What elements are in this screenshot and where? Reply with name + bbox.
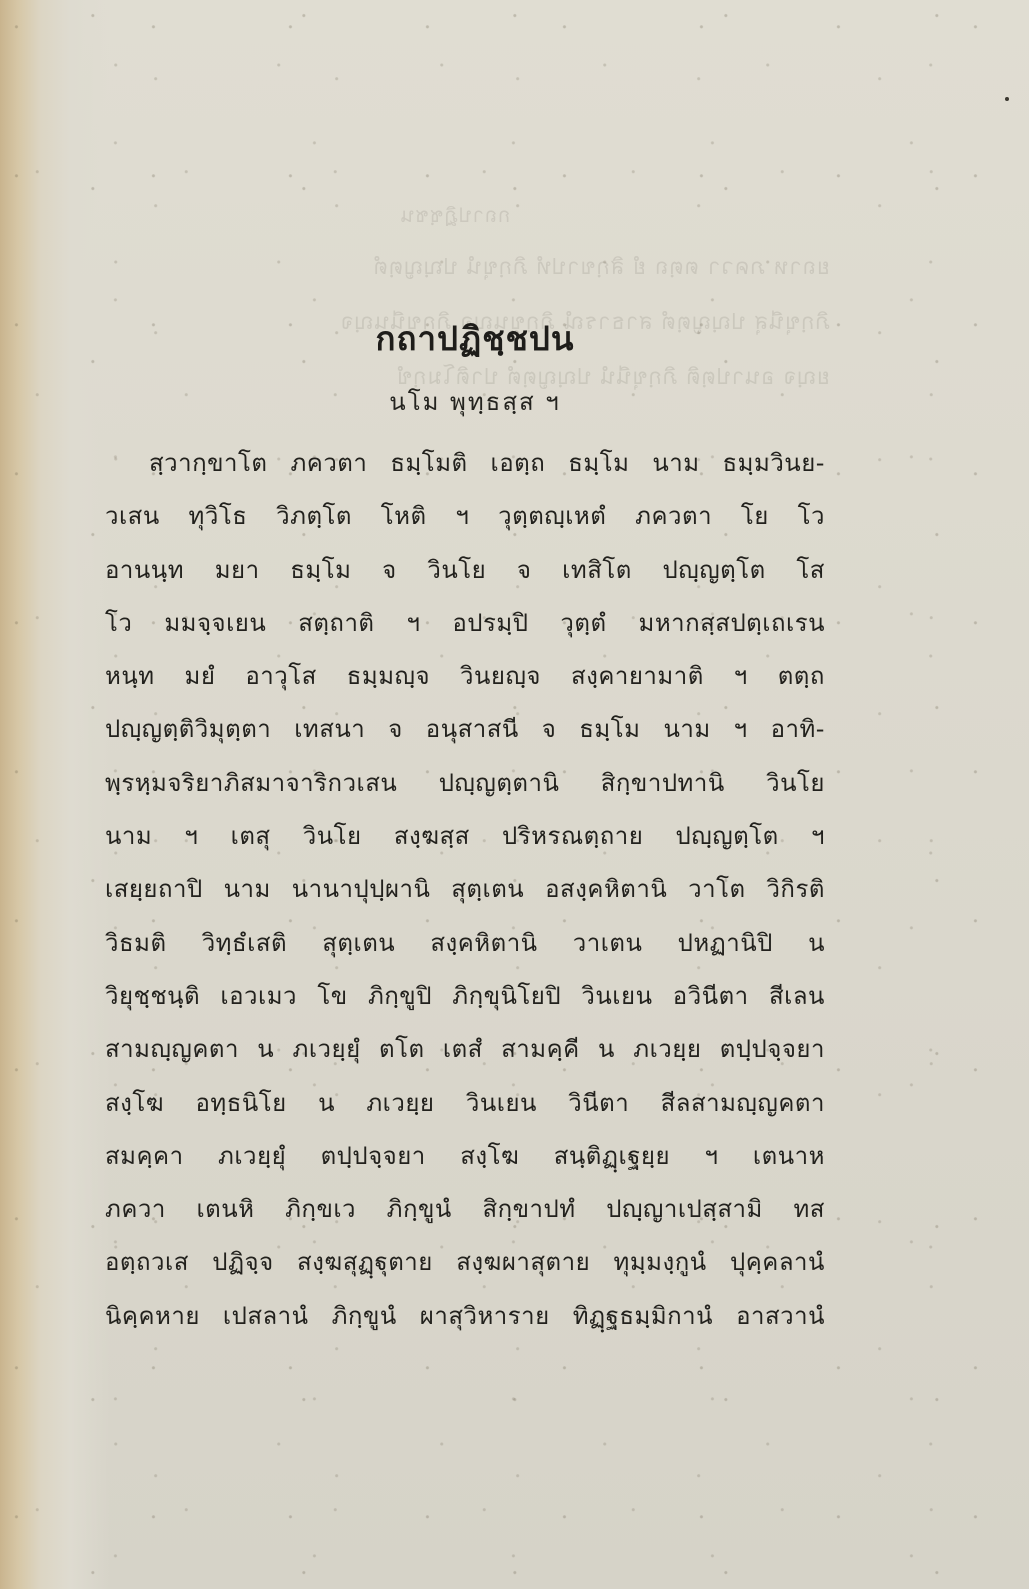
word: ธมฺมญฺจ	[347, 650, 430, 703]
word: เอตฺถ	[491, 437, 546, 490]
word: สุตฺเตน	[451, 863, 524, 916]
word: ฯ	[705, 1130, 719, 1183]
word: วินีตา	[568, 1077, 629, 1130]
word: ภควา	[105, 1183, 166, 1236]
word: ทุมฺมงฺกูนํ	[614, 1236, 707, 1289]
text-line: สมคฺคาภเวยฺยุํตปฺปจฺจยาสงฺโฆสนฺติฏฺเฐยฺย…	[105, 1130, 825, 1183]
word: มยํ	[185, 650, 216, 703]
word: สมคฺคา	[105, 1130, 184, 1183]
word: สิกฺขาปทานิ	[601, 757, 725, 810]
word: วิภตฺโต	[276, 490, 352, 543]
word: อาสวานํ	[736, 1290, 825, 1343]
word: ปญฺญตฺโต	[676, 810, 779, 863]
text-line: สฺวากฺขาโตภควตาธมฺโมติเอตฺถธมฺโมนามธมฺมว…	[105, 437, 825, 490]
word: ทส	[793, 1183, 824, 1236]
word: สนฺติฏฺเฐยฺย	[554, 1130, 670, 1183]
word: พฺรหฺมจริยาภิสมาจาริกวเสน	[105, 757, 397, 810]
text-line: วเสนทุวิโธวิภตฺโตโหติฯวุตฺตญฺเหตํภควตาโย…	[105, 490, 825, 543]
word: วินโย	[427, 544, 486, 597]
text-line: พฺรหฺมจริยาภิสมาจาริกวเสนปญฺญตฺตานิสิกฺข…	[105, 757, 825, 810]
scanned-page: กถาปฏิชฺชน ยถาห ภควา ตตฺถ ยํ สิกฺขาปทํ ภ…	[0, 0, 1029, 1589]
word: ฯ	[406, 597, 420, 650]
text-line: ปญฺญตฺติวิมุตฺตาเทสนาจอนุสาสนีจธมฺโมนามฯ…	[105, 703, 825, 756]
word: ปหฏานิปิ	[678, 917, 773, 970]
word: อตฺถวเส	[105, 1236, 189, 1289]
word: ภควตา	[635, 490, 712, 543]
word: จ	[517, 544, 532, 597]
word: วิธมติ	[105, 917, 167, 970]
word: มยา	[215, 544, 260, 597]
word: ตโต	[379, 1023, 425, 1076]
word: วินเยน	[581, 970, 652, 1023]
word: เตสุ	[231, 810, 271, 863]
word: อสงฺคหิตานิ	[545, 863, 667, 916]
bleed-through-heading: กถาปฏิชฺชน	[80, 190, 830, 240]
word: สฺวากฺขาโต	[149, 437, 268, 490]
word: สีเลน	[769, 970, 825, 1023]
word: ธมฺมวินย-	[723, 437, 825, 490]
text-line: ภควาเตนหิภิกฺขเวภิกฺขูนํสิกฺขาปทํปญฺญาเป…	[105, 1183, 825, 1236]
bleed-through-text: กถาปฏิชฺชน ยถาห ภควา ตตฺถ ยํ สิกฺขาปทํ ภ…	[80, 190, 830, 405]
word: ภิกฺขูปิ	[368, 970, 432, 1023]
word: สงฺฆผาสุตาย	[456, 1236, 590, 1289]
word: ตตฺถ	[778, 650, 825, 703]
word: วินยญฺจ	[460, 650, 541, 703]
word: วิทฺธํเสติ	[202, 917, 287, 970]
word: โว	[105, 597, 132, 650]
word: ทิฏฺฐธมฺมิกานํ	[573, 1290, 713, 1343]
word: ปญฺญาเปสฺสามิ	[606, 1183, 763, 1236]
word: ทุวิโธ	[189, 490, 248, 543]
word: อปรมฺปิ	[452, 597, 528, 650]
word: ปุคฺคลานํ	[730, 1236, 825, 1289]
word: ธมฺโม	[579, 703, 640, 756]
text-line: สามญฺญคตานภเวยฺยุํตโตเตสํสามคฺคีนภเวยฺยต…	[105, 1023, 825, 1076]
text-line: สงฺโฆอทฺธนิโยนภเวยฺยวินเยนวินีตาสีลสามญฺ…	[105, 1077, 825, 1130]
word: สงฺคหิตานิ	[430, 917, 537, 970]
word: สามคฺคี	[501, 1023, 580, 1076]
word: อาวุโส	[245, 650, 316, 703]
text-line: เสยฺยถาปินามนานาปุปฺผานิสุตฺเตนอสงฺคหิตา…	[105, 863, 825, 916]
word: สีลสามญฺญคตา	[661, 1077, 825, 1130]
word: เทสิโต	[562, 544, 632, 597]
word: มมจฺจเยน	[164, 597, 266, 650]
word: เปสลานํ	[223, 1290, 309, 1343]
word: วินเยน	[466, 1077, 537, 1130]
word: อานนฺท	[105, 544, 184, 597]
word: ฯ	[811, 810, 825, 863]
word: วิยุชฺชนฺติ	[105, 970, 200, 1023]
word: วินโย	[766, 757, 825, 810]
word: สงฺฆสุฏฺฐุตาย	[297, 1236, 433, 1289]
word: เตนาห	[753, 1130, 825, 1183]
word: ฯ	[184, 810, 198, 863]
word: ปริหรณตฺถาย	[502, 810, 643, 863]
word: วิกิรติ	[766, 863, 824, 916]
word: จ	[388, 703, 403, 756]
page-title: กถาปฏิชฺชปน	[0, 312, 950, 365]
word: หนฺท	[105, 650, 155, 703]
word: สามญฺญคตา	[105, 1023, 239, 1076]
word: ธมฺโม	[568, 437, 629, 490]
text-line: อานนฺทมยาธมฺโมจวินโยจเทสิโตปญฺญตฺโตโส	[105, 544, 825, 597]
word: ธมฺโม	[290, 544, 351, 597]
word: สงฺโฆ	[105, 1077, 164, 1130]
word: โว	[798, 490, 825, 543]
word: อวินีตา	[673, 970, 749, 1023]
word: วุตฺตญฺเหตํ	[498, 490, 606, 543]
word: สงฺโฆ	[460, 1130, 519, 1183]
word: โหติ	[381, 490, 427, 543]
word: โย	[741, 490, 769, 543]
word: ปญฺญตฺโต	[663, 544, 766, 597]
word: สุตฺเตน	[322, 917, 395, 970]
word: ภเวยฺยุํ	[293, 1023, 361, 1076]
bleed-through-line: ยถาห ภควา ตตฺถ ยํ สิกฺขาปทํ ภิกฺขุนํ ปญฺ…	[80, 240, 830, 295]
word: เอวเมว	[220, 970, 297, 1023]
word: ภิกฺขูนํ	[387, 1183, 452, 1236]
word: ตปฺปจฺจยา	[720, 1023, 825, 1076]
word: มหากสฺสปตฺเถเรน	[639, 597, 826, 650]
word: ฯ	[734, 650, 748, 703]
word: ธมฺโมติ	[390, 437, 467, 490]
word: อทฺธนิโย	[195, 1077, 286, 1130]
word: สงฺฆสฺส	[394, 810, 470, 863]
word: เตนหิ	[196, 1183, 254, 1236]
word: จ	[542, 703, 557, 756]
word: นาม	[224, 863, 271, 916]
word: วินโย	[303, 810, 362, 863]
word: โส	[796, 544, 825, 597]
text-line: โวมมจฺจเยนสตฺถาติฯอปรมฺปิวุตฺตํมหากสฺสปต…	[105, 597, 825, 650]
text-line: นามฯเตสุวินโยสงฺฆสฺสปริหรณตฺถายปญฺญตฺโตฯ	[105, 810, 825, 863]
word: สิกฺขาปทํ	[482, 1183, 575, 1236]
word: ผาสุวิหาราย	[420, 1290, 550, 1343]
word: ปญฺญตฺตานิ	[439, 757, 560, 810]
word: อาทิ-	[771, 703, 825, 756]
word: อนุสาสนี	[426, 703, 519, 756]
word: ฯ	[734, 703, 748, 756]
word: วเสน	[105, 490, 160, 543]
text-line: วิยุชฺชนฺติเอวเมวโขภิกฺขูปิภิกฺขุนิโยปิว…	[105, 970, 825, 1023]
invocation-line: นโม พุทฺธสฺส ฯ	[0, 382, 950, 421]
word: วาโต	[688, 863, 745, 916]
word: นาม	[663, 703, 710, 756]
word: เทสนา	[294, 703, 365, 756]
word: น	[257, 1023, 274, 1076]
word: เตสํ	[443, 1023, 483, 1076]
word: ภเวยฺย	[633, 1023, 701, 1076]
word: ภเวยฺย	[366, 1077, 434, 1130]
word: ภิกฺขูนํ	[332, 1290, 397, 1343]
word: เสยฺยถาปิ	[105, 863, 203, 916]
word: ภควตา	[290, 437, 367, 490]
page-mark	[1005, 97, 1009, 101]
word: จ	[382, 544, 397, 597]
word: ภิกฺขุนิโยปิ	[452, 970, 561, 1023]
word: น	[808, 917, 825, 970]
word: นิคฺคหาย	[105, 1290, 200, 1343]
word: นานาปุปฺผานิ	[292, 863, 431, 916]
text-line: วิธมติวิทฺธํเสติสุตฺเตนสงฺคหิตานิวาเตนปห…	[105, 917, 825, 970]
word: วุตฺตํ	[560, 597, 606, 650]
word: นาม	[105, 810, 152, 863]
word: น	[318, 1077, 335, 1130]
word: โข	[317, 970, 347, 1023]
word: สงฺคายามาติ	[571, 650, 704, 703]
word: ตปฺปจฺจยา	[321, 1130, 426, 1183]
text-line: หนฺทมยํอาวุโสธมฺมญฺจวินยญฺจสงฺคายามาติฯต…	[105, 650, 825, 703]
word: ปญฺญตฺติวิมุตฺตา	[105, 703, 271, 756]
word: ภเวยฺยุํ	[218, 1130, 286, 1183]
word: ภิกฺขเว	[285, 1183, 356, 1236]
word: น	[598, 1023, 615, 1076]
body-text: สฺวากฺขาโตภควตาธมฺโมติเอตฺถธมฺโมนามธมฺมว…	[105, 437, 825, 1343]
word: สตฺถาติ	[298, 597, 374, 650]
word: วาเตน	[573, 917, 643, 970]
word: นาม	[652, 437, 699, 490]
word: ฯ	[455, 490, 469, 543]
text-line: อตฺถวเสปฏิจฺจสงฺฆสุฏฺฐุตายสงฺฆผาสุตายทุม…	[105, 1236, 825, 1289]
word: ปฏิจฺจ	[212, 1236, 273, 1289]
text-line: นิคฺคหายเปสลานํภิกฺขูนํผาสุวิหารายทิฏฺฐธ…	[105, 1290, 825, 1343]
